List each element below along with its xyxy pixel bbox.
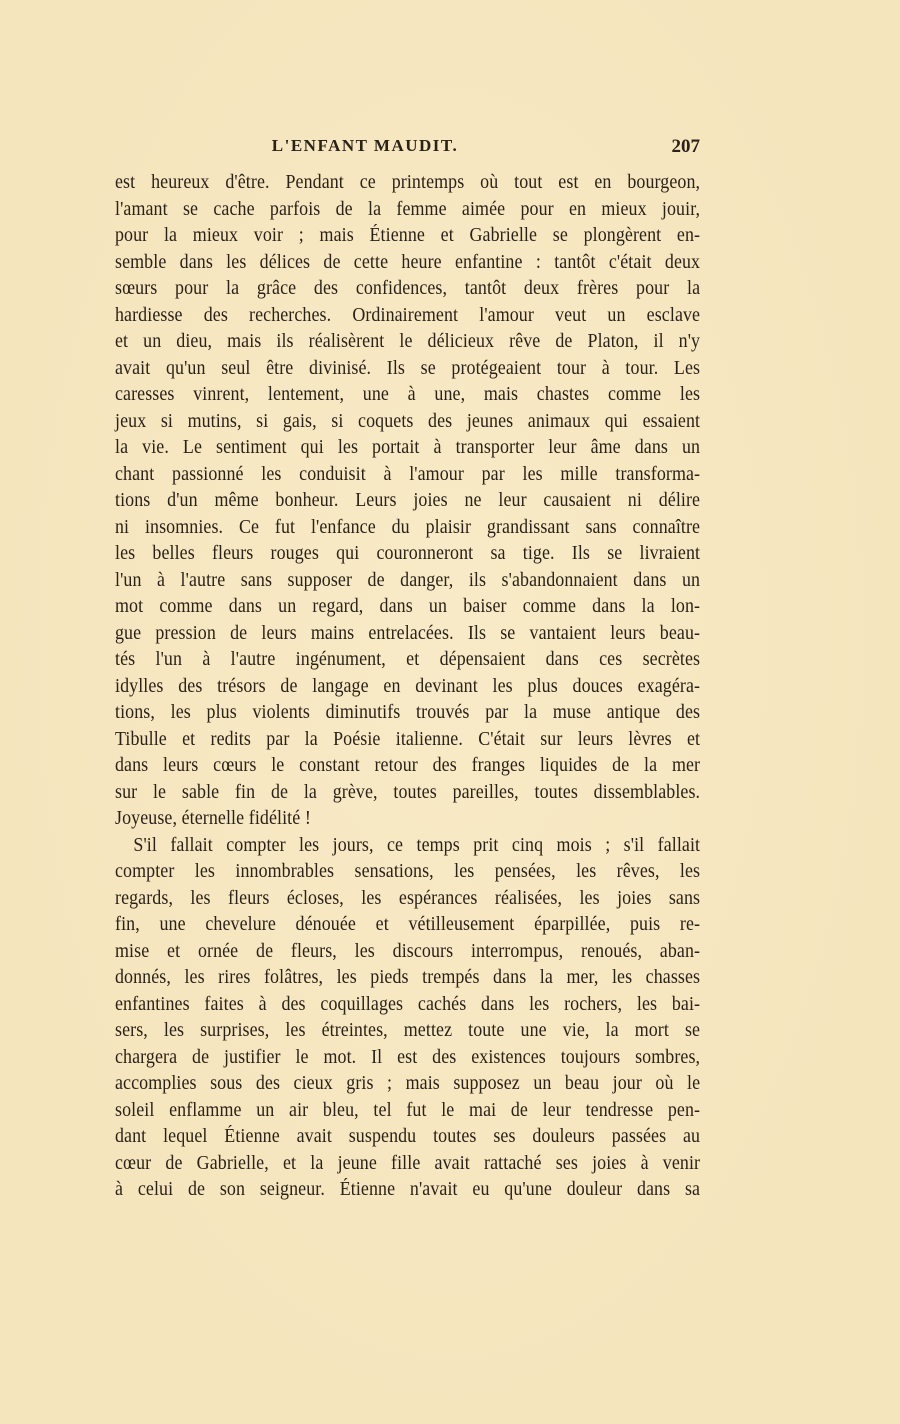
text-line: mot comme dans un regard, dans un baiser… [115,594,700,621]
text-line: fin, une chevelure dénouée et vétilleuse… [115,912,700,939]
text-line: dans leurs cœurs le constant retour des … [115,753,700,780]
text-line: jeux si mutins, si gais, si coquets des … [115,409,700,436]
text-line: sers, les surprises, les étreintes, mett… [115,1018,700,1045]
text-line: est heureux d'être. Pendant ce printemps… [115,170,700,197]
text-line: chant passionné les conduisit à l'amour … [115,462,700,489]
text-line: tions, les plus violents diminutifs trou… [115,700,700,727]
text-line: la vie. Le sentiment qui les portait à t… [115,435,700,462]
text-line: chargera de justifier le mot. Il est des… [115,1045,700,1072]
text-line: hardiesse des recherches. Ordinairement … [115,303,700,330]
text-line: ni insomnies. Ce fut l'enfance du plaisi… [115,515,700,542]
book-page: L'ENFANT MAUDIT. 207 est heureux d'être.… [0,0,900,1424]
text-line: sœurs pour la grâce des confidences, tan… [115,276,700,303]
body-text: est heureux d'être. Pendant ce printemps… [115,170,700,1204]
running-title: L'ENFANT MAUDIT. [115,136,615,156]
text-line: gue pression de leurs mains entrelacées.… [115,621,700,648]
text-line: l'amant se cache parfois de la femme aim… [115,197,700,224]
text-line: les belles fleurs rouges qui couronneron… [115,541,700,568]
text-line: sur le sable fin de la grève, toutes par… [115,780,700,807]
text-line: l'un à l'autre sans supposer de danger, … [115,568,700,595]
text-line: cœur de Gabrielle, et la jeune fille ava… [115,1151,700,1178]
text-line: donnés, les rires folâtres, les pieds tr… [115,965,700,992]
text-line: tions d'un même bonheur. Leurs joies ne … [115,488,700,515]
text-line: accomplies sous des cieux gris ; mais su… [115,1071,700,1098]
text-line: regards, les fleurs écloses, les espéran… [115,886,700,913]
text-line: et un dieu, mais ils réalisèrent le déli… [115,329,700,356]
text-line: à celui de son seigneur. Étienne n'avait… [115,1177,700,1204]
text-line: compter les innombrables sensations, les… [115,859,700,886]
text-line: caresses vinrent, lentement, une à une, … [115,382,700,409]
text-line: soleil enflamme un air bleu, tel fut le … [115,1098,700,1125]
text-line: semble dans les délices de cette heure e… [115,250,700,277]
page-number: 207 [672,136,701,158]
text-line: tés l'un à l'autre ingénument, et dépens… [115,647,700,674]
paragraph-start-line: S'il fallait compter les jours, ce temps… [115,833,700,860]
paragraph-end-line: Joyeuse, éternelle fidélité ! [115,806,700,833]
text-line: pour la mieux voir ; mais Étienne et Gab… [115,223,700,250]
text-line: avait qu'un seul être divinisé. Ils se p… [115,356,700,383]
text-line: Tibulle et redits par la Poésie italienn… [115,727,700,754]
text-line: enfantines faites à des coquillages cach… [115,992,700,1019]
text-line: dant lequel Étienne avait suspendu toute… [115,1124,700,1151]
running-head: L'ENFANT MAUDIT. 207 [115,136,700,160]
text-line: idylles des trésors de langage en devina… [115,674,700,701]
text-line: mise et ornée de fleurs, les discours in… [115,939,700,966]
